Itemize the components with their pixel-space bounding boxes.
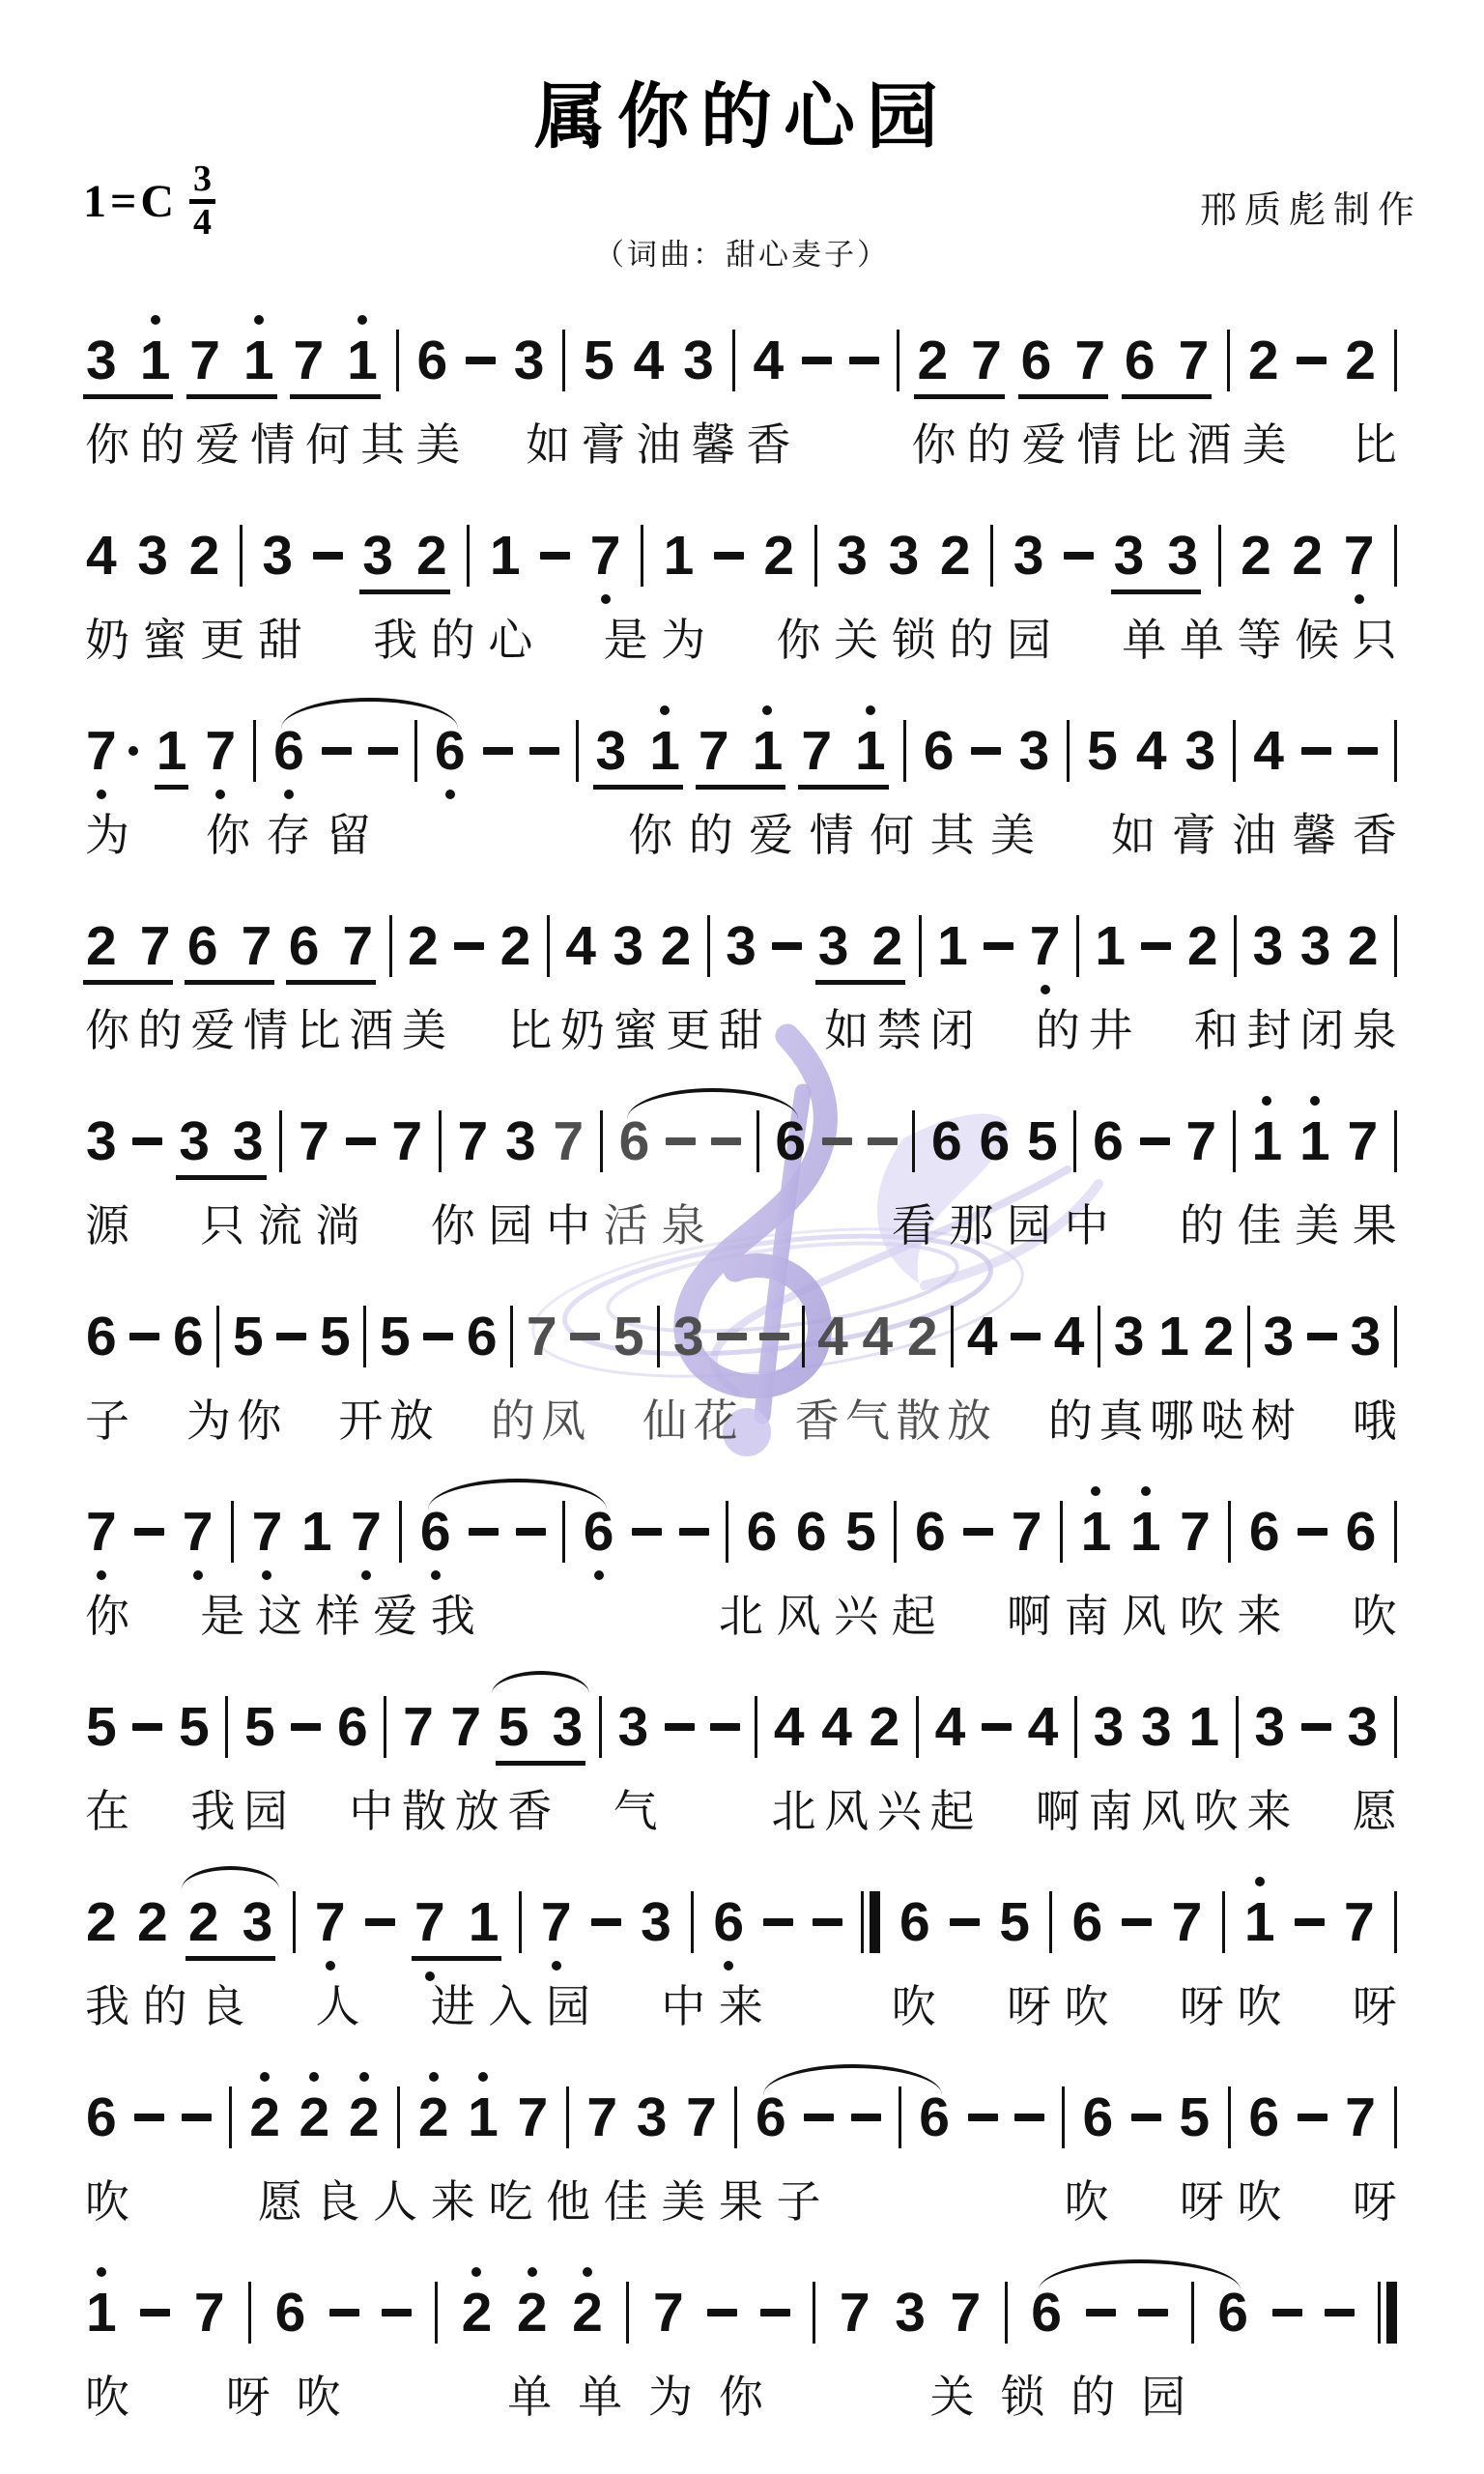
note-digit: 2 [418, 2090, 449, 2145]
octave-dot [431, 1570, 441, 1580]
dash [632, 1528, 662, 1536]
barline [1236, 1696, 1239, 1758]
barline [1394, 915, 1397, 977]
note: 6 [979, 1114, 1010, 1169]
note: 1 [243, 333, 274, 388]
note: 7 [553, 1114, 584, 1169]
note-digit: 6 [1249, 1505, 1280, 1560]
note: 3 [233, 1114, 264, 1169]
note: 6 [86, 1309, 117, 1365]
lyric-syllable: 来 [431, 2179, 475, 2224]
note: 6 [86, 2090, 117, 2145]
note-digit: 3 [243, 1895, 273, 1950]
lyric-syllable: 香 [1353, 813, 1397, 857]
lyric-syllable: 吹 [85, 2374, 129, 2419]
lyric-syllable: 你 [237, 1398, 281, 1443]
note: 5 [380, 1309, 411, 1365]
note-digit: 2 [86, 919, 117, 974]
note: 2 [188, 1895, 219, 1950]
dash [1298, 1528, 1327, 1536]
dash [1122, 1918, 1152, 1926]
lyric-syllable: 油 [1232, 813, 1276, 857]
note-digit: 3 [1253, 919, 1284, 974]
barline [990, 525, 993, 587]
note-digit: 7 [183, 1505, 214, 1560]
note-digit: 1 [664, 529, 695, 584]
note-digit: 6 [899, 1895, 930, 1950]
note: 3 [86, 1114, 117, 1169]
note: 7 [189, 333, 220, 388]
barline [562, 1501, 565, 1563]
music-system: 77717666656711766你是这样爱我北风兴起啊南风吹来吹 [85, 1479, 1397, 1645]
lyric-syllable: 吹 [85, 2179, 129, 2224]
note: 7 [391, 1114, 422, 1169]
note-digit: 3 [818, 919, 849, 974]
note: 3 [673, 1309, 704, 1365]
lyric-syllable: 啊 [1007, 1594, 1051, 1638]
note-digit: 6 [1125, 333, 1156, 388]
lyric-syllable: 愿 [258, 2179, 302, 2224]
note-digit: 7 [699, 724, 729, 779]
note: 3 [596, 724, 627, 779]
lyric-syllable: 奶 [560, 1008, 605, 1052]
dash [591, 1918, 621, 1926]
note: 4 [821, 1700, 852, 1755]
dash [1140, 1137, 1170, 1145]
octave-dot [97, 1570, 106, 1580]
notes-row: 2223771736656717 [85, 1869, 1397, 1975]
note-digit: 7 [1347, 1114, 1378, 1169]
underline [593, 785, 683, 790]
note-digit: 3 [673, 1309, 704, 1365]
tie-arc [763, 2064, 942, 2095]
lyric-syllable: 淌 [316, 1203, 360, 1248]
barline [1073, 1110, 1076, 1172]
lyric-syllable: 关 [834, 618, 878, 662]
lyric-syllable: 吹 [1238, 1984, 1282, 2028]
octave-dot [601, 594, 611, 604]
lyrics-row: 源只流淌你园中活泉看那园中的佳美果 [85, 1196, 1397, 1254]
beam-group: 31 [85, 333, 171, 388]
octave-dot [361, 1570, 371, 1580]
note: 2 [1203, 1309, 1234, 1365]
key-tonic-number: 1 [83, 175, 106, 228]
beam-group: 71 [698, 724, 784, 779]
lyric-syllable: 只 [1353, 618, 1397, 662]
note: 6 [337, 1700, 368, 1755]
lyric-syllable: 的 [1180, 1203, 1224, 1248]
dash [982, 1723, 1012, 1731]
barline [1394, 525, 1397, 587]
note-digit: 5 [86, 1700, 117, 1755]
lyric-syllable: 吹 [297, 2374, 341, 2419]
note-digit: 5 [320, 1309, 351, 1365]
note: 2 [1348, 919, 1379, 974]
barline [1191, 2282, 1194, 2344]
octave-dot [193, 1570, 203, 1580]
lyric-syllable: 单 [578, 2374, 622, 2419]
note-digit: 7 [252, 1505, 283, 1560]
dash [423, 1333, 453, 1340]
note-digit: 4 [1253, 724, 1284, 779]
dash [140, 2309, 170, 2316]
note: 1 [664, 529, 695, 584]
lyric-syllable: 膏 [581, 422, 625, 467]
lyric-syllable: 放 [947, 1398, 991, 1443]
note-digit: 6 [173, 1309, 204, 1365]
lyric-syllable: 油 [636, 422, 680, 467]
note: 6 [1031, 2286, 1062, 2341]
lyric-syllable: 如 [824, 1008, 869, 1052]
lyric-syllable: 你 [431, 1203, 475, 1248]
lyric-syllable: 锁 [1000, 2374, 1044, 2419]
beam-group: 71 [188, 333, 274, 388]
underline [290, 394, 380, 399]
note-digit: 1 [753, 724, 784, 779]
lyric-syllable: 香 [795, 1398, 840, 1443]
note-digit: 5 [999, 1895, 1030, 1950]
note-digit: 6 [775, 1114, 806, 1169]
note: 2 [86, 919, 117, 974]
lyric-syllable: 情 [243, 1008, 288, 1052]
note: 7 [414, 1895, 445, 1950]
note-digit: 3 [86, 1114, 117, 1169]
note-digit: 3 [1114, 1309, 1145, 1365]
lyric-syllable: 开 [338, 1398, 383, 1443]
lyric-syllable: 你 [85, 1594, 129, 1638]
note: 5 [1179, 2090, 1210, 2145]
note-digit: 4 [1136, 724, 1167, 779]
note: 7 [801, 724, 832, 779]
octave-dot [1355, 594, 1364, 604]
lyric-syllable: 何 [305, 422, 350, 467]
lyrics-row: 你的爱情何其美如膏油馨香你的爱情比酒美比 [85, 416, 1397, 474]
note: 6 [747, 1505, 778, 1560]
dash [849, 357, 879, 364]
lyric-syllable: 中 [1065, 1203, 1109, 1248]
dash [1325, 2309, 1355, 2316]
beam-group: 27 [916, 333, 1002, 388]
note-digit: 2 [408, 919, 439, 974]
lyric-syllable: 是 [604, 618, 648, 662]
barline [755, 1696, 757, 1758]
note: 1 [1081, 1505, 1112, 1560]
note-digit: 6 [420, 1505, 451, 1560]
note-digit: 1 [140, 333, 171, 388]
note: 6 [584, 1505, 614, 1560]
octave-dot [359, 2072, 369, 2082]
note-digit: 6 [1082, 2090, 1113, 2145]
lyrics-row: 你的爱情比酒美比奶蜜更甜如禁闭的井和封闭泉 [85, 1001, 1397, 1059]
dash [1141, 942, 1171, 950]
barline [951, 1306, 954, 1367]
note-digit: 1 [86, 2286, 117, 2341]
note-digit: 3 [641, 1895, 671, 1950]
barline [1228, 2086, 1231, 2148]
note-digit: 6 [915, 1505, 946, 1560]
note-digit: 1 [1188, 1700, 1219, 1755]
note: 3 [613, 919, 643, 974]
lyric-syllable: 香 [746, 422, 790, 467]
note-digit: 2 [1203, 1309, 1234, 1365]
note-digit: 3 [1263, 1309, 1294, 1365]
barline [1394, 720, 1397, 782]
notes-row: 6222217737666567 [85, 2064, 1397, 2171]
beam-group: 32 [361, 529, 447, 584]
barline [467, 525, 470, 587]
note-digit: 2 [86, 1895, 117, 1950]
music-system: 71766317171635434为你存留你的爱情何其美如膏油馨香 [85, 698, 1397, 864]
barline [1060, 1501, 1063, 1563]
lyric-syllable: 哦 [1353, 1398, 1397, 1443]
lyric-syllable: 更 [666, 1008, 710, 1052]
lyric-syllable: 起 [892, 1594, 936, 1638]
dash [971, 747, 1001, 755]
note: 3 [726, 919, 756, 974]
note: 1 [753, 724, 784, 779]
octave-dot [215, 790, 225, 799]
note: 6 [187, 919, 218, 974]
barline [1067, 720, 1070, 782]
note-digit: 6 [1248, 2090, 1279, 2145]
composer-credit: 邢质彪制作 [1200, 180, 1422, 233]
underline [1018, 394, 1108, 399]
lyric-syllable: 奶 [85, 618, 129, 662]
note: 2 [907, 1309, 938, 1365]
barline [903, 720, 906, 782]
note: 2 [189, 529, 220, 584]
note: 5 [999, 1895, 1030, 1950]
note-digit: 2 [1292, 529, 1323, 584]
note: 7 [653, 2286, 684, 2341]
note: 2 [661, 919, 692, 974]
note: 4 [1028, 1700, 1059, 1755]
barline [1218, 525, 1221, 587]
lyrics-row: 吹呀吹单单为你关锁的园 [85, 2368, 1397, 2426]
note-digit: 1 [301, 1505, 332, 1560]
note-digit: 2 [1348, 919, 1379, 974]
notes-row: 71766317171635434 [85, 698, 1397, 804]
note: 3 [1263, 1309, 1294, 1365]
lyric-syllable: 和 [1194, 1008, 1239, 1052]
dash [313, 552, 343, 560]
lyric-syllable: 吹 [1065, 2179, 1109, 2224]
lyric-syllable: 来 [719, 1984, 763, 2028]
beam-group: 67 [186, 919, 272, 974]
note-digit: 7 [1345, 2090, 1376, 2145]
note: 3 [1013, 529, 1044, 584]
note-digit: 2 [1187, 919, 1218, 974]
barline [1228, 1501, 1231, 1563]
octave-dot [1141, 1486, 1151, 1496]
note-digit: 1 [490, 529, 521, 584]
note-digit: 7 [242, 919, 272, 974]
note: 6 [1346, 1505, 1377, 1560]
note: 2 [500, 919, 531, 974]
dash [665, 1723, 695, 1731]
lyric-syllable: 人 [373, 2179, 417, 2224]
dash [483, 747, 513, 755]
note-digit: 1 [469, 1895, 499, 1950]
lyric-syllable: 馨 [1292, 813, 1336, 857]
note-digit: 7 [653, 2286, 684, 2341]
barline [626, 2282, 629, 2344]
lyric-syllable: 佳 [604, 2179, 648, 2224]
note: 5 [499, 1700, 529, 1755]
octave-dot [1041, 985, 1050, 994]
lyric-syllable: 爱 [749, 813, 793, 857]
dash [365, 1918, 395, 1926]
note: 7 [252, 1505, 283, 1560]
note-digit: 4 [967, 1309, 998, 1365]
note: 4 [634, 333, 665, 388]
note: 7 [342, 919, 373, 974]
note-digit: 3 [1013, 529, 1044, 584]
note-digit: 2 [500, 919, 531, 974]
barline [396, 330, 399, 391]
lyric-syllable: 酒 [349, 1008, 393, 1052]
note-digit: 4 [1028, 1700, 1059, 1755]
note: 4 [1054, 1309, 1085, 1365]
dash [132, 1137, 162, 1145]
note-digit: 6 [275, 2286, 306, 2341]
note: 6 [619, 1114, 650, 1169]
beam-group: 71 [414, 1895, 499, 1950]
note-digit: 5 [614, 1309, 644, 1365]
note: 7 [686, 2090, 717, 2145]
note-digit: 7 [1185, 1114, 1216, 1169]
lyric-syllable: 园 [546, 1984, 590, 2028]
note-digit: 1 [468, 2090, 499, 2145]
dash [570, 1333, 600, 1340]
note-digit: 7 [293, 333, 324, 388]
lyric-syllable: 真 [1099, 1398, 1143, 1443]
note-digit: 2 [1248, 333, 1279, 388]
beam-group: 32 [817, 919, 903, 974]
lyric-syllable: 呀 [1353, 2179, 1397, 2224]
lyric-syllable: 子 [85, 1398, 129, 1443]
note: 1 [649, 724, 680, 779]
lyric-syllable: 爱 [195, 422, 240, 467]
dash [707, 2309, 737, 2316]
note: 3 [179, 1114, 210, 1169]
lyrics-row: 奶蜜更甜我的心是为你关锁的园单单等候只 [85, 611, 1397, 669]
dash [759, 1333, 789, 1340]
lyric-syllable: 井 [1088, 1008, 1132, 1052]
music-system: 333777376666567117源只流淌你园中活泉看那园中的佳美果 [85, 1088, 1397, 1254]
note-digit: 6 [756, 2090, 786, 2145]
dash [1272, 2309, 1302, 2316]
dash [804, 2114, 834, 2121]
lyric-syllable: 等 [1238, 618, 1282, 662]
note: 4 [565, 919, 596, 974]
note: 2 [408, 919, 439, 974]
dash [134, 2114, 164, 2121]
barline [1233, 720, 1236, 782]
barline-thick [870, 1891, 880, 1953]
lyric-syllable: 良 [200, 1984, 244, 2028]
note: 1 [937, 919, 968, 974]
note: 5 [86, 1700, 117, 1755]
note: 7 [541, 1895, 572, 1950]
lyric-syllable: 南 [1088, 1789, 1132, 1833]
beam-group: 71 [292, 333, 378, 388]
note-digit: 1 [1158, 1309, 1189, 1365]
lyric-syllable: 园 [1007, 618, 1051, 662]
dash [132, 1723, 162, 1731]
lyric-syllable: 树 [1251, 1398, 1296, 1443]
barline [293, 1891, 296, 1953]
note: 1 [490, 529, 521, 584]
note-digit: 7 [527, 1309, 557, 1365]
lyric-syllable: 在 [85, 1789, 129, 1833]
lyric-syllable: 散 [402, 1789, 446, 1833]
note: 6 [713, 1895, 744, 1950]
note: 3 [837, 529, 868, 584]
lyric-syllable: 仙 [642, 1398, 687, 1443]
note: 6 [1217, 2286, 1248, 2341]
dash [822, 1137, 852, 1145]
underline [914, 394, 1004, 399]
lyric-syllable: 中 [661, 1984, 705, 2028]
note: 7 [840, 2286, 870, 2341]
note: 3 [1141, 1700, 1172, 1755]
note-digit: 3 [86, 333, 117, 388]
note: 6 [1125, 333, 1156, 388]
barline [1222, 1891, 1225, 1953]
note: 5 [244, 1700, 275, 1755]
barline [894, 1501, 897, 1563]
note: 6 [1071, 1895, 1102, 1950]
lyric-syllable: 的 [143, 1984, 187, 2028]
octave-dot [1262, 1096, 1271, 1106]
note-digit: 2 [189, 529, 220, 584]
barline [519, 1891, 522, 1953]
note-digit: 7 [1344, 529, 1375, 584]
note: 3 [1300, 919, 1331, 974]
octave-dot [528, 2267, 537, 2277]
barline [1074, 1696, 1077, 1758]
lyric-syllable: 我 [85, 1984, 129, 2028]
lyric-syllable: 闭 [930, 1008, 975, 1052]
note-digit: 2 [1241, 529, 1271, 584]
note: 6 [1021, 333, 1052, 388]
music-system: 6222217737666567吹愿良人来吃他佳美果子吹呀吹呀 [85, 2064, 1397, 2230]
dash [1301, 1723, 1331, 1731]
note: 6 [273, 724, 304, 779]
note: 6 [435, 724, 466, 779]
lyric-syllable: 馨 [691, 422, 735, 467]
slur-arc [182, 1866, 279, 1889]
note: 2 [249, 2090, 280, 2145]
lyrics-row: 子为你开放的凤仙花香气散放的真哪哒树哦 [85, 1392, 1397, 1450]
note-digit: 3 [613, 919, 643, 974]
octave-dot [260, 2072, 270, 2082]
note: 7 [971, 333, 1002, 388]
note-digit: 1 [1081, 1505, 1112, 1560]
note: 5 [1087, 724, 1118, 779]
dash [868, 1137, 898, 1145]
lyric-syllable: 果 [1353, 1203, 1397, 1248]
lyric-syllable: 风 [777, 1594, 821, 1638]
barline [1049, 1891, 1052, 1953]
note: 3 [1167, 529, 1198, 584]
note-digit: 6 [435, 724, 466, 779]
lyric-syllable: 美 [990, 813, 1035, 857]
note-digit: 2 [661, 919, 692, 974]
octave-dot [425, 1971, 435, 1981]
barline [1394, 1696, 1397, 1758]
